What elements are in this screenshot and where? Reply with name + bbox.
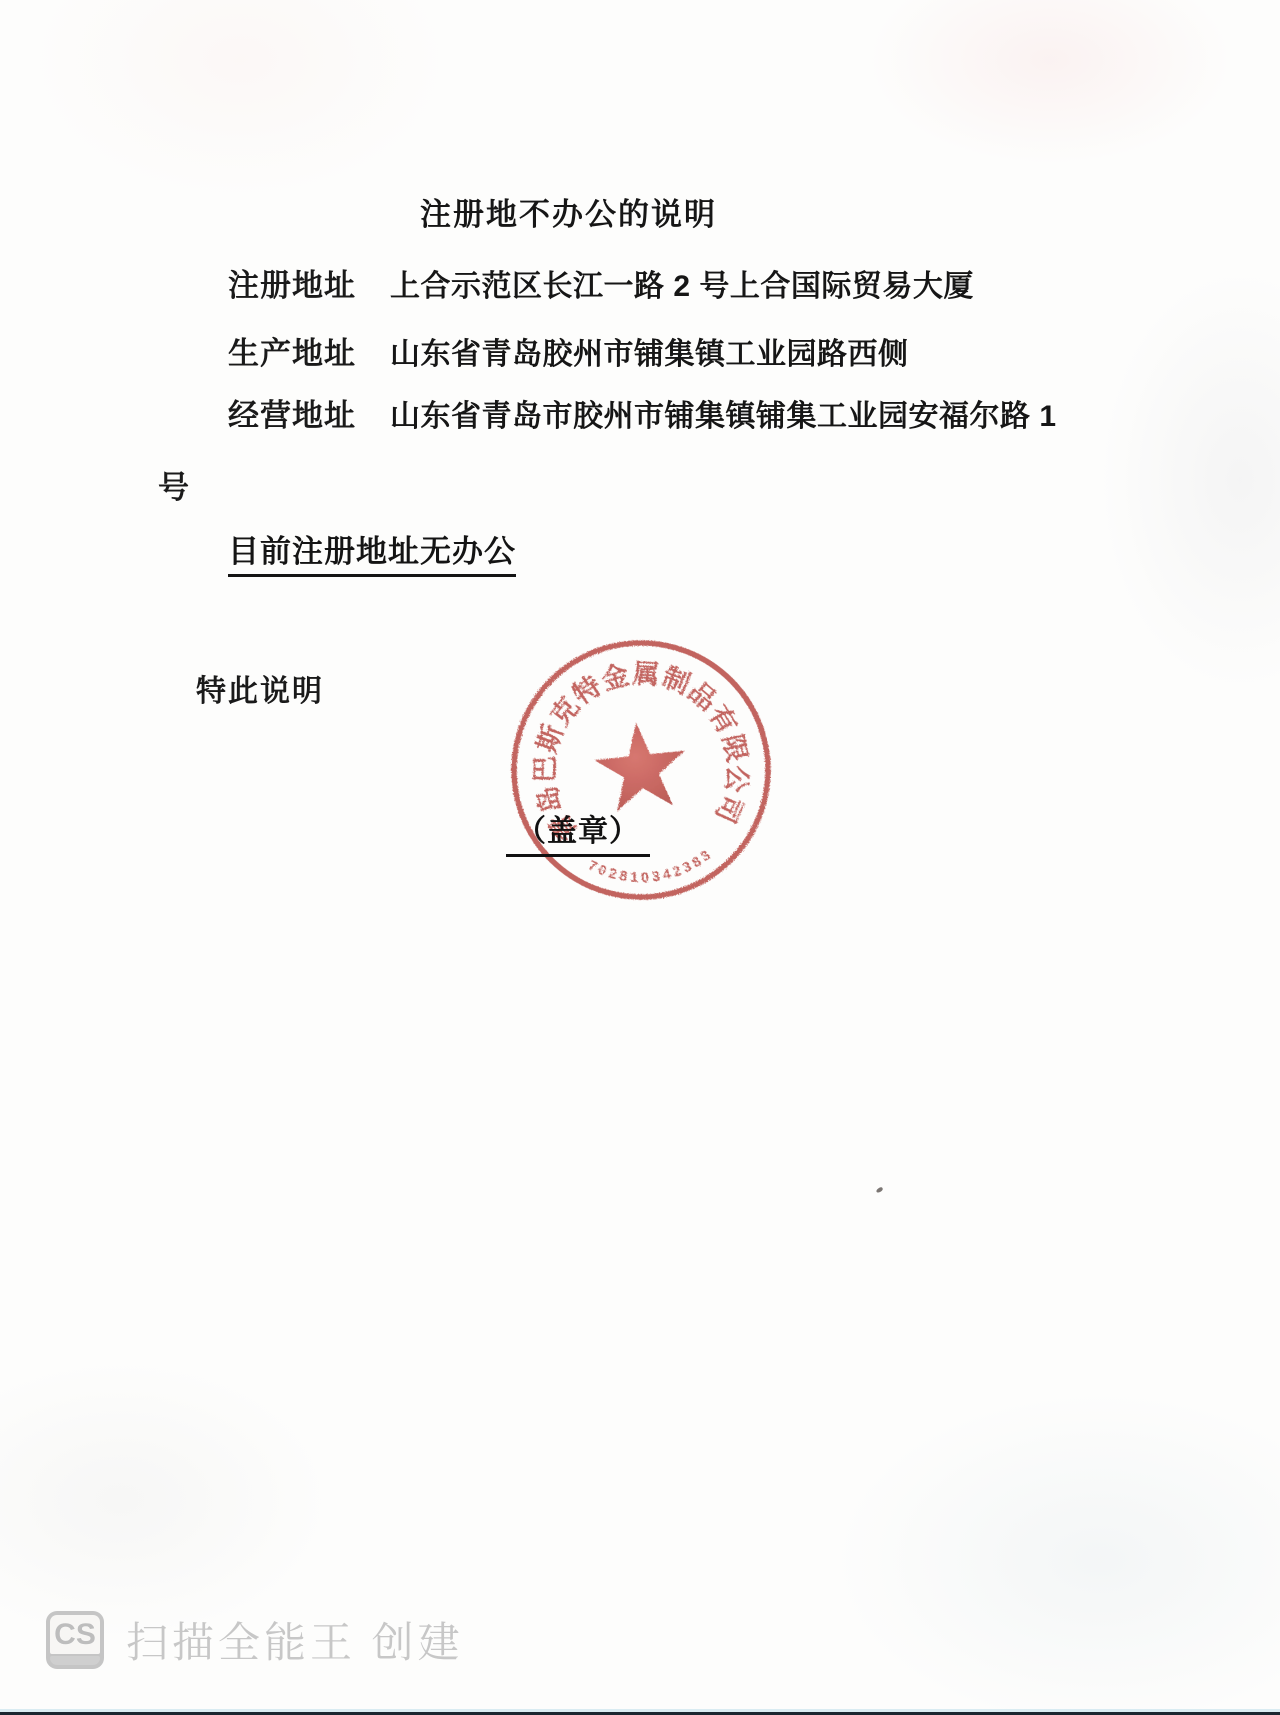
field-label: 生产地址	[228, 328, 356, 373]
statement-underlined: 目前注册地址无办公	[228, 526, 516, 577]
seal-caption: （盖章）	[506, 806, 650, 857]
document-title: 注册地不办公的说明	[420, 189, 717, 234]
cs-badge-letters: CS	[54, 1618, 96, 1652]
cs-badge-tab	[50, 1656, 100, 1665]
field-value: 山东省青岛市胶州市铺集镇铺集工业园安福尔路 1	[390, 391, 1057, 435]
scanner-watermark: CS 扫描全能王 创建	[46, 1610, 464, 1670]
closing-text: 特此说明	[196, 666, 324, 710]
company-seal-icon: 青岛巴斯克特金属制品有限公司 702810342383	[487, 616, 795, 924]
field-value: 上合示范区长江一路 2 号上合国际贸易大厦	[390, 261, 974, 305]
company-seal-stamp: 青岛巴斯克特金属制品有限公司 702810342383	[487, 616, 795, 924]
cs-badge-icon: CS	[46, 1611, 104, 1669]
watermark-text: 扫描全能王 创建	[126, 1610, 464, 1670]
field-row-registered-address: 注册地址 上合示范区长江一路 2 号上合国际贸易大厦	[0, 260, 1280, 300]
scanned-document-page: 注册地不办公的说明 注册地址 上合示范区长江一路 2 号上合国际贸易大厦 生产地…	[0, 0, 1280, 1715]
field-label: 经营地址	[228, 390, 356, 435]
field-label: 注册地址	[228, 260, 356, 305]
field-value: 山东省青岛胶州市铺集镇工业园路西侧	[390, 329, 909, 373]
scan-speck	[875, 1187, 883, 1194]
field-row-business-address: 经营地址 山东省青岛市胶州市铺集镇铺集工业园安福尔路 1	[0, 390, 1280, 430]
cs-badge-inner: CS	[50, 1615, 100, 1654]
field-row-production-address: 生产地址 山东省青岛胶州市铺集镇工业园路西侧	[0, 328, 1280, 368]
address-overflow-text: 号	[158, 462, 189, 507]
seal-star-icon	[591, 717, 691, 813]
